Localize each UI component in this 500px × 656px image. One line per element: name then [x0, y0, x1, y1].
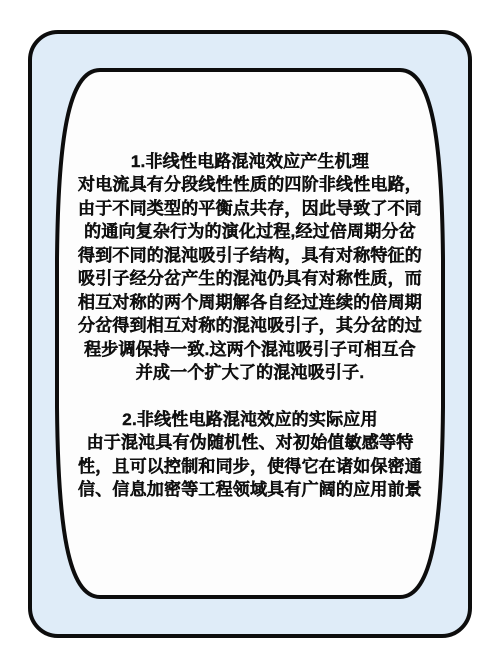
section1-body-line: 得到不同的混沌吸引子结构，具有对称特征的	[57, 244, 443, 267]
section-gap	[57, 385, 443, 408]
card-text: 1.非线性电路混沌效应产生机理 对电流具有分段线性性质的四阶非线性电路， 由于不…	[57, 150, 443, 502]
page: 1.非线性电路混沌效应产生机理 对电流具有分段线性性质的四阶非线性电路， 由于不…	[0, 0, 500, 656]
section1-body-line: 分岔得到相互对称的混沌吸引子，其分岔的过	[57, 314, 443, 337]
section2-body-line: 信、信息加密等工程领域具有广阔的应用前景	[57, 478, 443, 501]
section1-body-line: 由于不同类型的平衡点共存，因此导致了不同	[57, 197, 443, 220]
section1-body-line: 并成一个扩大了的混沌吸引子.	[57, 361, 443, 384]
section2-title: 2.非线性电路混沌效应的实际应用	[57, 408, 443, 431]
section1-body-line: 的通向复杂行为的演化过程,经过倍周期分岔	[57, 220, 443, 243]
section2-body-line: 由于混沌具有伪随机性、对初始值敏感等特	[57, 431, 443, 454]
section1-title: 1.非线性电路混沌效应产生机理	[57, 150, 443, 173]
section1-body-line: 相互对称的两个周期解各自经过连续的倍周期	[57, 291, 443, 314]
section1-body-line: 吸引子经分岔产生的混沌仍具有对称性质，而	[57, 267, 443, 290]
section2-body-line: 性，且可以控制和同步，使得它在诸如保密通	[57, 455, 443, 478]
section1-body-line: 对电流具有分段线性性质的四阶非线性电路，	[57, 173, 443, 196]
section1-body-line: 程步调保持一致.这两个混沌吸引子可相互合	[57, 338, 443, 361]
